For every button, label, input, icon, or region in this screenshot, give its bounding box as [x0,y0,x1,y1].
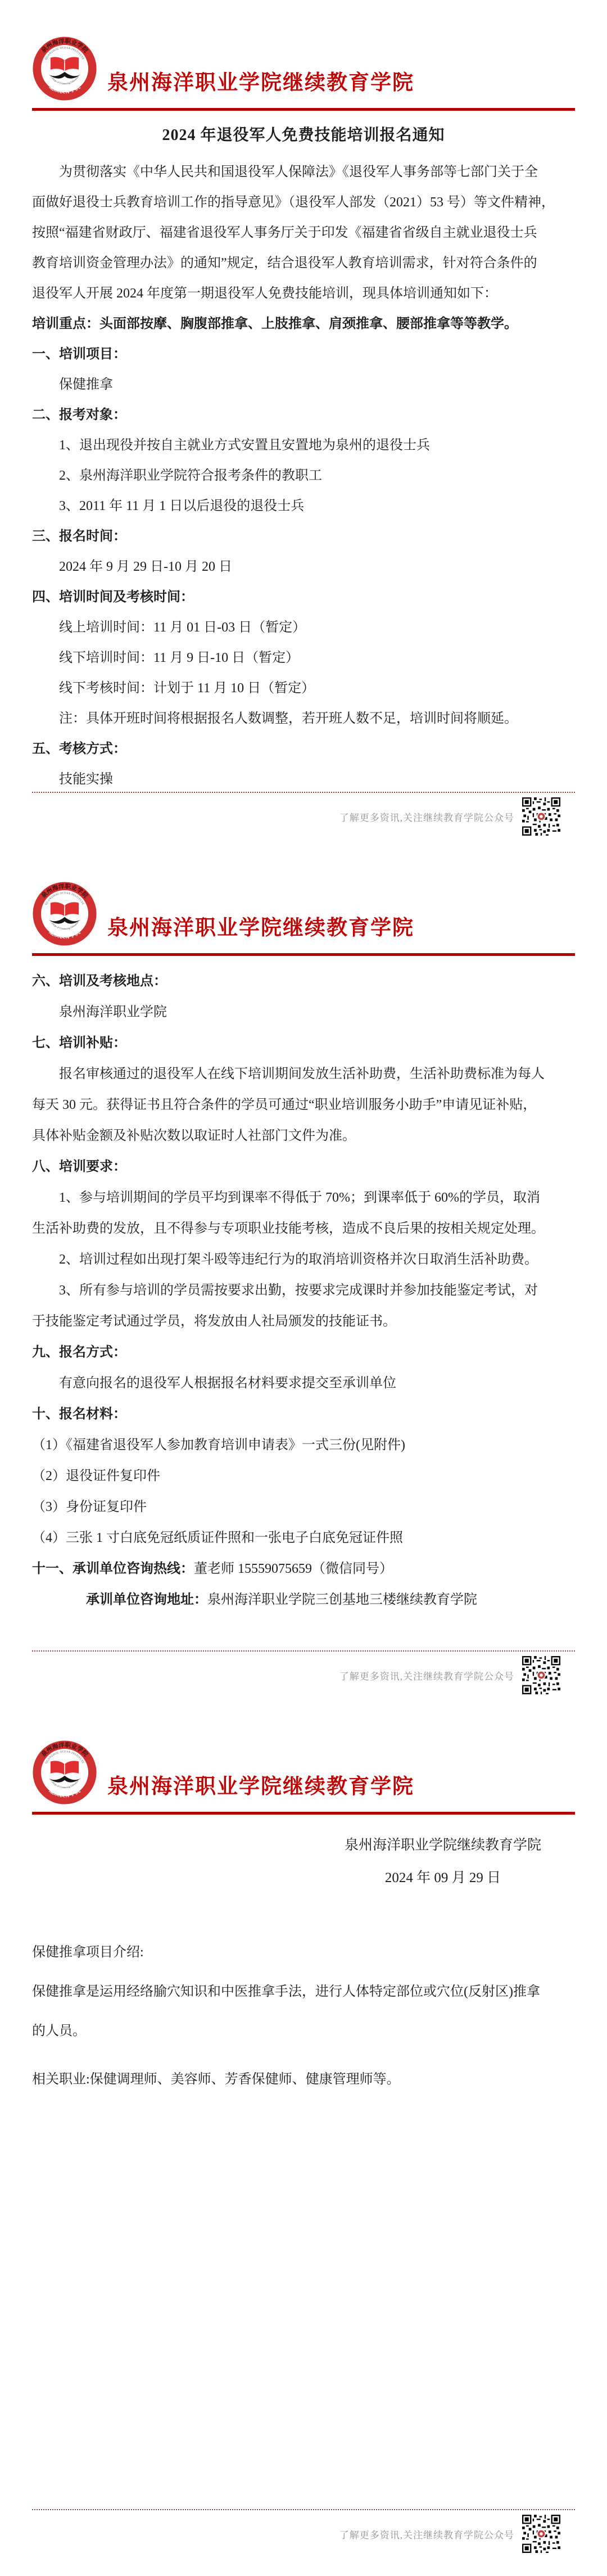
footer-note: 了解更多资讯,关注继续教育学院公众号 [339,2527,514,2541]
school-name: 泉州海洋职业学院继续教育学院 [107,65,414,96]
school-logo-icon [32,1740,97,1805]
page-footer: 了解更多资讯,关注继续教育学院公众号 [32,792,575,836]
school-name: 泉州海洋职业学院继续教育学院 [107,910,414,941]
section-heading: 六、培训及考核地点： [32,966,575,997]
page-header: 泉州海洋职业学院继续教育学院 [0,1717,607,1815]
paragraph-line: 生活补助费的发放，且不得参与专项职业技能考核，造成不良后果的按相关规定处理。 [32,1213,575,1244]
footer-divider [32,792,575,793]
list-item: 线下培训时间：11 月 9 日-10 日（暂定） [32,643,575,673]
page-1: 泉州海洋职业学院继续教育学院 2024 年退役军人免费技能培训报名通知 为贯彻落… [0,0,607,859]
hotline-label: 十一、承训单位咨询热线： [32,1562,194,1576]
list-item: 2、泉州海洋职业学院符合报考条件的教职工 [32,461,575,491]
section-body: 保健推拿 [32,369,575,400]
school-logo-icon [32,36,97,101]
page-3: 泉州海洋职业学院继续教育学院 泉州海洋职业学院继续教育学院 2024 年 09 … [0,1717,607,2576]
section-body: 技能实操 [32,764,575,795]
section-heading: 四、培训时间及考核时间： [32,582,575,612]
school-name: 泉州海洋职业学院继续教育学院 [107,1769,414,1799]
list-item: 1、退出现役并按自主就业方式安置且安置地为泉州的退役士兵 [32,430,575,461]
signature-name: 泉州海洋职业学院继续教育学院 [345,1829,541,1862]
page-header: 泉州海洋职业学院继续教育学院 [0,0,607,111]
qr-code [522,797,560,836]
intro-line: 为贯彻落实《中华人民共和国退役军人保障法》《退役军人事务部等七部门关于全 [32,157,575,187]
section-heading: 一、培训项目： [32,339,575,369]
footer-divider [32,1650,575,1652]
section-heading: 二、报考对象： [32,400,575,430]
list-item: 2、培训过程如出现打架斗殴等违纪行为的取消培训资格并次日取消生活补助费。 [32,1244,575,1275]
page-footer: 了解更多资讯,关注继续教育学院公众号 [32,1650,575,1694]
school-logo-icon [32,881,97,946]
related-jobs-line: 相关职业:保健调理师、美容师、芳香保健师、健康管理师等。 [32,2060,575,2099]
paragraph-line: 保健推拿是运用经络腧穴知识和中医推拿手法，进行人体特定部位或穴位(反射区)推拿 [32,1972,575,2011]
header-divider [32,108,575,111]
list-item: （2）退役证件复印件 [32,1461,575,1492]
header-divider [32,1812,575,1815]
paragraph-line: 每天 30 元。获得证书且符合条件的学员可通过“职业培训服务小助手”申请见证补贴… [32,1090,575,1121]
list-item: （3）身份证复印件 [32,1492,575,1523]
paragraph-line: 具体补贴金额及补贴次数以取证时人社部门文件为准。 [32,1121,575,1152]
section-body: 有意向报名的退役军人根据报名材料要求提交至承训单位 [32,1368,575,1399]
paragraph-line: 的人员。 [32,2011,575,2051]
address-value: 泉州海洋职业学院三创基地三楼继续教育学院 [207,1592,477,1607]
page-header: 泉州海洋职业学院继续教育学院 [0,859,607,956]
section-heading: 十、报名材料： [32,1399,575,1430]
section-heading: 九、报名方式： [32,1337,575,1368]
project-intro-heading: 保健推拿项目介绍: [32,1933,575,1972]
list-item: 注：具体开班时间将根据报名人数调整，若开班人数不足，培训时间将顺延。 [32,703,575,734]
footer-note: 了解更多资讯,关注继续教育学院公众号 [339,1668,514,1682]
list-item: （4）三张 1 寸白底免冠纸质证件照和一张电子白底免冠证件照 [32,1523,575,1554]
list-item: 线下考核时间：计划于 11 月 10 日（暂定） [32,673,575,703]
qr-code [522,1656,560,1694]
list-item: 线上培训时间：11 月 01 日-03 日（暂定） [32,612,575,643]
section-body: 泉州海洋职业学院 [32,997,575,1028]
training-highlight: 培训重点：头面部按摩、胸腹部推拿、上肢推拿、肩颈推拿、腰部推拿等等教学。 [32,309,575,339]
list-item: 3、2011 年 11 月 1 日以后退役的退役士兵 [32,491,575,521]
page-footer: 了解更多资讯,关注继续教育学院公众号 [32,2509,575,2553]
intro-line: 教育培训资金管理办法》的通知”规定，结合退役军人教育培训需求，针对符合条件的 [32,248,575,278]
paragraph-line: 于技能鉴定考试通过学员，将发放由人社局颁发的技能证书。 [32,1306,575,1337]
hotline-value: 董老师 15559075659（微信同号） [194,1562,393,1576]
intro-line: 面做好退役士兵教育培训工作的指导意见》（退役军人部发（2021）53 号）等文件… [32,187,575,218]
page-body: 六、培训及考核地点： 泉州海洋职业学院 七、培训补贴： 报名审核通过的退役军人在… [0,956,607,1616]
footer-divider [32,2509,575,2510]
section-heading: 八、培训要求： [32,1152,575,1183]
signature-date: 2024 年 09 月 29 日 [345,1862,541,1894]
list-item: 1、参与培训期间的学员平均到课率不得低于 70%；到课率低于 60%的学员，取消 [32,1183,575,1213]
page-body: 泉州海洋职业学院继续教育学院 2024 年 09 月 29 日 保健推拿项目介绍… [0,1829,607,2099]
section-heading: 七、培训补贴： [32,1028,575,1059]
intro-line: 退役军人开展 2024 年度第一期退役军人免费技能培训，现具体培训通知如下： [32,278,575,309]
paragraph-line: 报名审核通过的退役军人在线下培训期间发放生活补助费，生活补助费标准为每人 [32,1059,575,1090]
section-body: 2024 年 9 月 29 日-10 月 20 日 [32,552,575,582]
doc-title: 2024 年退役军人免费技能培训报名通知 [32,125,575,146]
hotline-line: 十一、承训单位咨询热线：董老师 15559075659（微信同号） [32,1554,575,1585]
address-label: 承训单位咨询地址： [86,1592,207,1607]
qr-code [522,2515,560,2553]
page-body: 2024 年退役军人免费技能培训报名通知 为贯彻落实《中华人民共和国退役军人保障… [0,125,607,795]
section-heading: 五、考核方式： [32,734,575,764]
list-item: （1）《福建省退役军人参加教育培训申请表》一式三份(见附件) [32,1430,575,1461]
signature-block: 泉州海洋职业学院继续教育学院 2024 年 09 月 29 日 [345,1829,541,1894]
intro-line: 按照“福建省财政厅、福建省退役军人事务厅关于印发《福建省省级自主就业退役士兵 [32,218,575,248]
page-2: 泉州海洋职业学院继续教育学院 六、培训及考核地点： 泉州海洋职业学院 七、培训补… [0,859,607,1717]
list-item: 3、所有参与培训的学员需按要求出勤，按要求完成课时并参加技能鉴定考试，对 [32,1275,575,1306]
footer-note: 了解更多资讯,关注继续教育学院公众号 [339,810,514,824]
address-line: 承训单位咨询地址：泉州海洋职业学院三创基地三楼继续教育学院 [32,1585,575,1616]
section-heading: 三、报名时间： [32,521,575,552]
